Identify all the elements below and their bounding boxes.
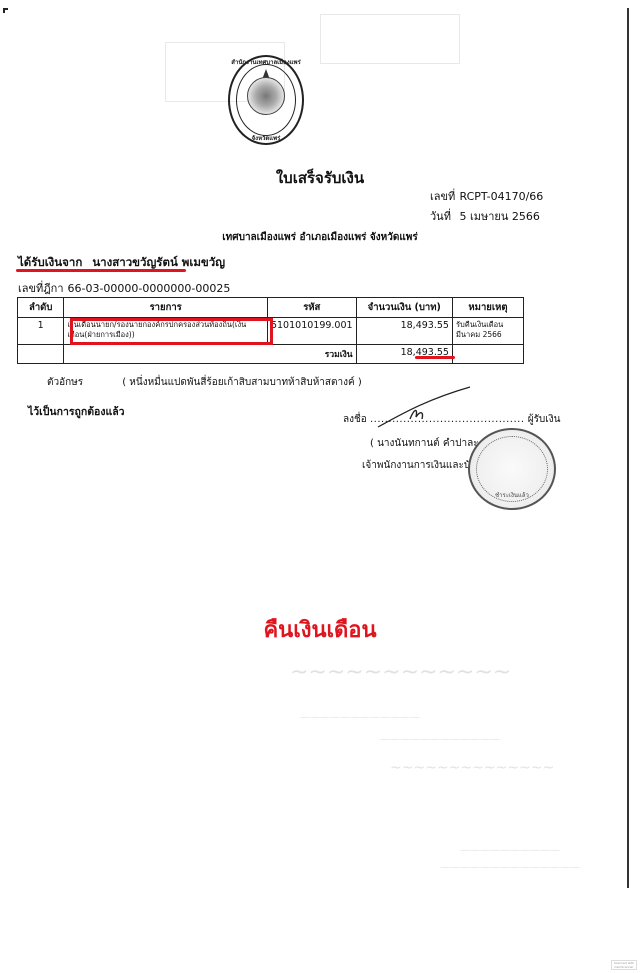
seal-emblem	[247, 77, 285, 115]
cell-empty	[18, 345, 64, 364]
received-from-label: ได้รับเงินจาก	[18, 255, 82, 269]
paid-stamp-icon: ชำระเงินแล้ว	[468, 428, 556, 510]
highlight-underline-name	[16, 269, 186, 272]
table-total-row: รวมเงิน 18,493.55	[18, 345, 524, 364]
table-header-row: ลำดับ รายการ รหัส จำนวนเงิน (บาท) หมายเห…	[18, 298, 524, 318]
signature-line: ลงชื่อ .................................…	[343, 412, 560, 427]
verified-text: ไว้เป็นการถูกต้องแล้ว	[28, 403, 125, 420]
amount-in-words: ตัวอักษร ( หนึ่งหมื่นแปดพันสี่ร้อยเก้าสิ…	[47, 375, 362, 390]
fiscal-number-label: เลขที่ฎีกา	[18, 279, 64, 297]
organization-line: เทศบาลเมืองแพร่ อำเภอเมืองแพร่ จังหวัดแพ…	[0, 230, 640, 245]
total-amount: 18,493.55	[356, 345, 452, 364]
total-label: รวมเงิน	[64, 345, 356, 364]
bleed-through-text: ——————————	[460, 845, 560, 856]
bleed-through-text: ~~~~~~~~~~~~	[290, 660, 511, 685]
cell-code: 5101010199.001	[267, 318, 356, 345]
bleed-through-box	[320, 14, 460, 64]
receipt-number-value: RCPT-04170/66	[460, 190, 544, 203]
highlight-underline-total	[415, 356, 455, 359]
stamp-text: ชำระเงินแล้ว	[470, 490, 554, 500]
highlight-box-description	[70, 318, 273, 345]
bleed-through-text: ——————————————	[440, 862, 580, 873]
sign-dots: ........................................…	[370, 414, 525, 425]
signer-position: เจ้าพนักงานการเงินและบัญชี	[362, 458, 486, 473]
received-from-name: นางสาวขวัญรัตน์ พเมขวัญ	[92, 255, 225, 269]
cell-amount: 18,493.55	[356, 318, 452, 345]
document-title: ใบเสร็จรับเงิน	[0, 166, 640, 190]
amount-in-words-value: ( หนึ่งหมื่นแปดพันสี่ร้อยเก้าสิบสามบาทห้…	[122, 377, 362, 388]
bleed-through-text: ————————————	[300, 712, 420, 723]
sign-label: ลงชื่อ	[343, 414, 367, 425]
receipt-date: วันที่ 5 เมษายน 2566	[430, 207, 540, 225]
amount-in-words-label: ตัวอักษร	[47, 375, 119, 390]
refund-annotation: คืนเงินเดือน	[0, 612, 640, 647]
header-no: ลำดับ	[18, 298, 64, 318]
page-edge	[627, 8, 629, 888]
header-amount: จำนวนเงิน (บาท)	[356, 298, 452, 318]
seal-bottom-text: จังหวัดแพร่	[228, 133, 304, 143]
sign-role: ผู้รับเงิน	[528, 414, 561, 425]
header-note: หมายเหตุ	[452, 298, 523, 318]
cell-note: รับคืนเงินเดือนมีนาคม 2566	[452, 318, 523, 345]
fiscal-number: เลขที่ฎีกา 66-03-00000-0000000-00025	[18, 279, 230, 297]
receipt-date-value: 5 เมษายน 2566	[460, 210, 540, 223]
header-code: รหัส	[267, 298, 356, 318]
receipt-number: เลขที่ RCPT-04170/66	[430, 187, 543, 205]
bleed-through-text: ————————————	[380, 734, 500, 745]
fiscal-number-value: 66-03-00000-0000000-00025	[68, 282, 231, 295]
page-corner-mark	[3, 8, 8, 13]
header-description: รายการ	[64, 298, 268, 318]
scanner-watermark: Scanned with CamScanner	[611, 960, 637, 970]
signer-name: ( นางนันทกานต์ คำปาละ )	[370, 436, 486, 451]
receipt-number-label: เลขที่	[430, 187, 456, 205]
cell-empty	[452, 345, 523, 364]
bleed-through-text: ~~~~~~~~~~~~~~	[390, 760, 554, 776]
cell-no: 1	[18, 318, 64, 345]
receipt-date-label: วันที่	[430, 207, 456, 225]
municipality-seal-icon: สำนักงานเทศบาลเมืองแพร่ จังหวัดแพร่	[228, 55, 304, 145]
seal-top-text: สำนักงานเทศบาลเมืองแพร่	[228, 57, 304, 67]
